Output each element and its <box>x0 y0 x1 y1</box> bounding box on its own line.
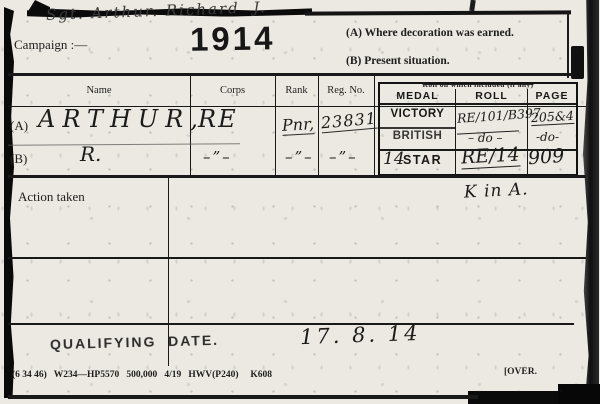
note-b-present-situation: (B) Present situation. <box>346 55 450 67</box>
scan-top-tick-mark <box>469 0 475 11</box>
medal-box-row-rule <box>380 127 455 129</box>
column-header-medal: MEDAL <box>380 90 455 102</box>
medal-british-stamp: BRITISH <box>380 130 455 142</box>
row-a-rank-value: Pnr, <box>281 114 314 136</box>
row-separator-line <box>8 143 240 146</box>
page-british-ditto: -do- <box>536 130 559 144</box>
medal-star-handwritten-14: 14 <box>383 149 405 169</box>
action-taken-label: Action taken <box>18 189 85 205</box>
note-a-where-earned: (A) Where decoration was earned. <box>346 27 514 39</box>
column-header-reg-no: Reg. No. <box>318 85 374 96</box>
scan-edge-top-thin <box>305 10 571 15</box>
qualifying-date-label: QUALIFYING DATE. <box>50 332 219 352</box>
column-header-roll: ROLL <box>456 90 527 102</box>
scan-edge-left <box>4 7 14 398</box>
row-a-name-value: ARTHUR, <box>38 105 205 133</box>
row-a-corps-value: RE <box>198 105 238 133</box>
horizontal-rule-mid <box>8 257 586 259</box>
row-b-corps-ditto: –”– <box>203 148 232 166</box>
scan-blob-right <box>571 46 584 79</box>
row-a-prefix: (A) <box>10 118 28 134</box>
horizontal-rule-header <box>8 73 572 76</box>
roll-star-value: RE/14 <box>460 143 520 169</box>
card-right-border <box>567 12 569 78</box>
row-b-reg-no-ditto: –”– <box>329 148 358 166</box>
medal-star-stamp: STAR <box>403 153 442 167</box>
scan-blob-bottom-right <box>558 384 600 404</box>
horizontal-rule-bottom <box>8 395 478 399</box>
page-star-value: 909 <box>527 145 565 169</box>
over-label: [OVER. <box>504 367 537 377</box>
column-header-corps: Corps <box>190 85 275 96</box>
year-stamp-1914: 1914 <box>190 19 276 58</box>
row-b-rank-ditto: –”– <box>285 148 314 166</box>
row-b-name-value: R. <box>80 142 101 166</box>
action-taken-note: K in A. <box>464 179 530 202</box>
horizontal-rule-qualifying <box>8 323 574 325</box>
scan-edge-right <box>583 0 599 404</box>
column-header-name: Name <box>8 85 190 96</box>
medal-victory-stamp: VICTORY <box>380 108 455 120</box>
medal-index-card-scan: Sgt. Arthur. Richard J. 1914 Campaign :—… <box>0 0 600 404</box>
campaign-label: Campaign :— <box>14 37 87 53</box>
column-header-rank: Rank <box>275 85 318 96</box>
medal-box-header-rule <box>380 103 576 105</box>
qualifying-date-value: 17. 8. 14 <box>300 321 421 349</box>
medal-box-title: Roll on which included (if any) <box>381 80 575 88</box>
row-b-prefix: (B) <box>10 151 27 167</box>
scan-blob-bottom <box>468 391 569 404</box>
page-victory-value: 205&4 <box>531 108 575 126</box>
row-a-reg-no-value: 23831 <box>320 109 377 134</box>
column-header-page: PAGE <box>528 90 576 102</box>
horizontal-rule-table-bottom <box>8 175 586 178</box>
roll-british-ditto: – do – <box>468 131 503 145</box>
print-code: (6 34 46) W234—HP5570 500,000 4/19 HWV(P… <box>12 370 272 380</box>
